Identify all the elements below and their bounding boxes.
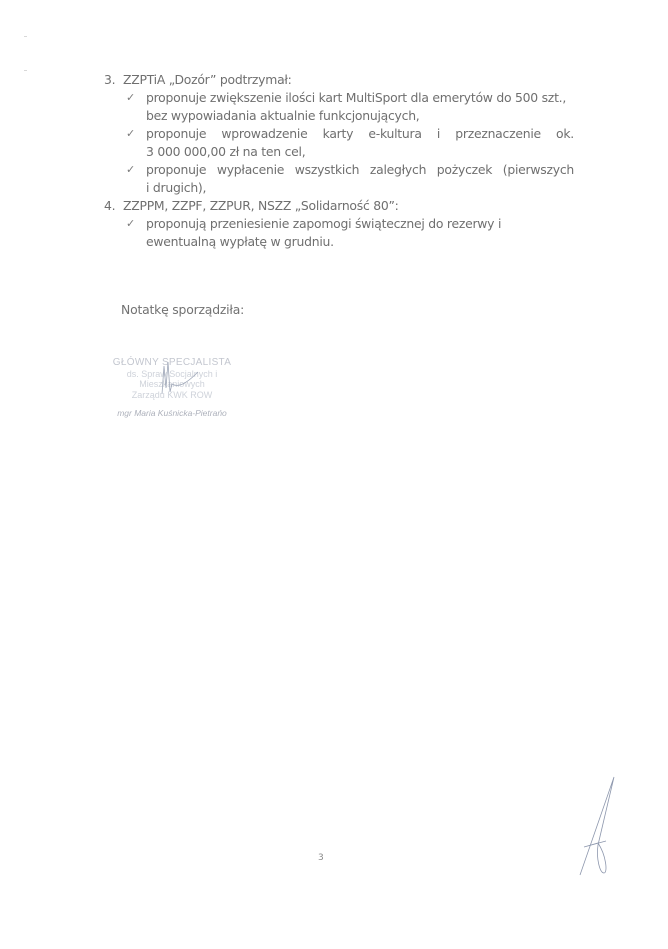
list-item-line: proponuje wprowadzenie karty e-kultura i…: [146, 125, 574, 143]
item-heading: ZZPTiA „Dozór” podtrzymał:: [123, 71, 574, 89]
list-item-line: i drugich),: [146, 179, 574, 197]
numbered-item-4: 4. ZZPPM, ZZPF, ZZPUR, NSZZ „Solidarność…: [104, 197, 574, 251]
stamp-signature-icon: [152, 358, 212, 398]
list-item: ✓ proponuje zwiększenie ilości kart Mult…: [123, 89, 574, 125]
item-heading: ZZPPM, ZZPF, ZZPUR, NSZZ „Solidarność 80…: [123, 197, 574, 215]
scan-mark: [24, 36, 27, 37]
list-item-line: ewentualną wypłatę w grudniu.: [146, 233, 574, 251]
bullet-list: ✓ proponują przeniesienie zapomogi świąt…: [123, 215, 574, 251]
checkmark-icon: ✓: [126, 161, 135, 179]
scan-mark: [24, 70, 27, 71]
list-item: ✓ proponuje wprowadzenie karty e-kultura…: [123, 125, 574, 161]
document-body: 3. ZZPTiA „Dozór” podtrzymał: ✓ proponuj…: [104, 71, 574, 251]
stamp-name: mgr Maria Kuśnicka-Pietrańo: [97, 408, 247, 419]
bullet-list: ✓ proponuje zwiększenie ilości kart Mult…: [123, 89, 574, 197]
list-item-line: proponują przeniesienie zapomogi świątec…: [146, 215, 574, 233]
handwritten-signature-icon: [568, 775, 628, 884]
list-item: ✓ proponują przeniesienie zapomogi świąt…: [123, 215, 574, 251]
checkmark-icon: ✓: [126, 125, 135, 143]
list-item-line: proponuje wypłacenie wszystkich zaległyc…: [146, 161, 574, 179]
list-item-line: 3 000 000,00 zł na ten cel,: [146, 143, 574, 161]
page-number: 3: [318, 853, 324, 863]
item-number: 3.: [104, 71, 115, 89]
document-page: 3. ZZPTiA „Dozór” podtrzymał: ✓ proponuj…: [0, 0, 668, 949]
item-number: 4.: [104, 197, 115, 215]
checkmark-icon: ✓: [126, 215, 135, 233]
list-item-line: bez wypowiadania aktualnie funkcjonujący…: [146, 107, 574, 125]
list-item: ✓ proponuje wypłacenie wszystkich zaległ…: [123, 161, 574, 197]
list-item-line: proponuje zwiększenie ilości kart MultiS…: [146, 89, 574, 107]
official-stamp: GŁÓWNY SPECJALISTA ds. Spraw Socjalnych …: [97, 358, 247, 418]
checkmark-icon: ✓: [126, 89, 135, 107]
numbered-item-3: 3. ZZPTiA „Dozór” podtrzymał: ✓ proponuj…: [104, 71, 574, 197]
author-label: Notatkę sporządziła:: [121, 302, 244, 317]
